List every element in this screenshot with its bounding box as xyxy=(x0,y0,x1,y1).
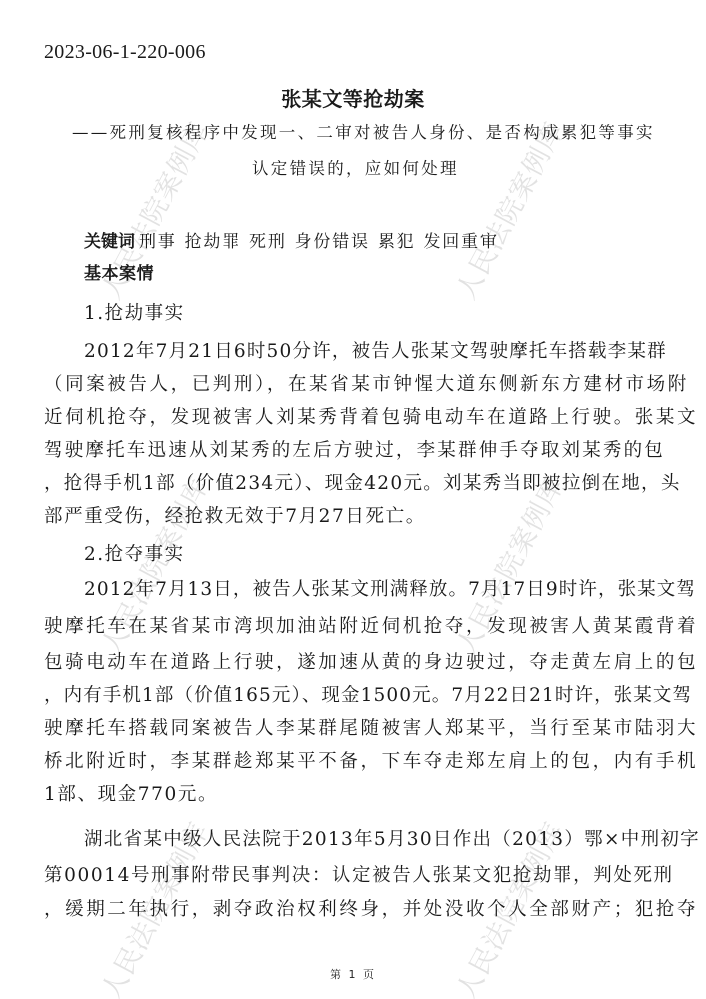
keyword: 抢劫罪 xyxy=(185,232,241,252)
paragraph-line: 2012年7月21日6时50分许，被告人张某文驾驶摩托车搭载李某群 xyxy=(84,340,667,364)
paragraph-line: 部严重受伤，经抢救无效于7月27日死亡。 xyxy=(44,505,426,529)
paragraph-line: 驾驶摩托车迅速从刘某秀的左后方驶过，李某群伸手夺取刘某秀的包 xyxy=(44,439,665,463)
section-heading: 基本案情 xyxy=(84,262,154,286)
keywords-label: 关键词 xyxy=(84,232,135,252)
keyword: 死刑 xyxy=(249,232,287,252)
keyword: 累犯 xyxy=(378,232,416,252)
keywords-row: 关键词刑事抢劫罪死刑身份错误累犯发回重审 xyxy=(84,230,499,254)
paragraph-line: 湖北省某中级人民法院于2013年5月30日作出（2013）鄂×中刑初字 xyxy=(84,828,700,852)
paragraph-line: ，抢得手机1部（价值234元）、现金420元。刘某秀当即被拉倒在地，头 xyxy=(44,472,681,496)
paragraph-line: ，缓期二年执行，剥夺政治权利终身，并处没收个人全部财产；犯抢夺 xyxy=(44,898,698,922)
subheading-robbery: 1.抢劫事实 xyxy=(84,302,185,326)
paragraph-line: 驶摩托车搭载同案被告人李某群尾随被害人郑某平，当行至某市陆羽大 xyxy=(44,717,698,741)
document-page: 人民法院案例库 人民法院案例库 人民法院案例库 人民法院案例库 人民法院案例库 … xyxy=(0,0,706,999)
page-number: 第 1 页 xyxy=(0,963,706,987)
paragraph-line: 2012年7月13日，被告人张某文刑满释放。7月17日9时许，张某文驾 xyxy=(84,578,696,602)
paragraph-line: ，内有手机1部（价值165元）、现金1500元。7月22日21时许，张某文驾 xyxy=(44,684,692,708)
subheading-snatching: 2.抢夺事实 xyxy=(84,543,185,567)
document-title: 张某文等抢劫案 xyxy=(0,87,706,111)
paragraph-line: 驶摩托车在某省某市湾坝加油站附近伺机抢夺，发现被害人黄某霞背着 xyxy=(44,615,698,639)
keyword: 刑事 xyxy=(139,232,177,252)
keyword: 发回重审 xyxy=(423,232,498,252)
subtitle-line-2: 认定错误的，应如何处理 xyxy=(252,157,459,181)
document-id: 2023-06-1-220-006 xyxy=(44,40,206,64)
paragraph-line: 第00014号刑事附带民事判决：认定被告人张某文犯抢劫罪，判处死刑 xyxy=(44,864,674,888)
paragraph-line: 近伺机抢夺，发现被害人刘某秀背着包骑电动车在道路上行驶。张某文 xyxy=(44,406,698,430)
paragraph-line: 1部、现金770元。 xyxy=(44,783,218,807)
keyword: 身份错误 xyxy=(295,232,370,252)
subtitle-line-1: ——死刑复核程序中发现一、二审对被告人身份、是否构成累犯等事实 xyxy=(72,121,655,145)
paragraph-line: 桥北附近时，李某群趁郑某平不备，下车夺走郑左肩上的包，内有手机 xyxy=(44,750,698,774)
paragraph-line: 包骑电动车在道路上行驶，遂加速从黄的身边驶过，夺走黄左肩上的包 xyxy=(44,651,698,675)
paragraph-line: （同案被告人，已判刑），在某省某市钟惺大道东侧新东方建材市场附 xyxy=(44,373,689,397)
